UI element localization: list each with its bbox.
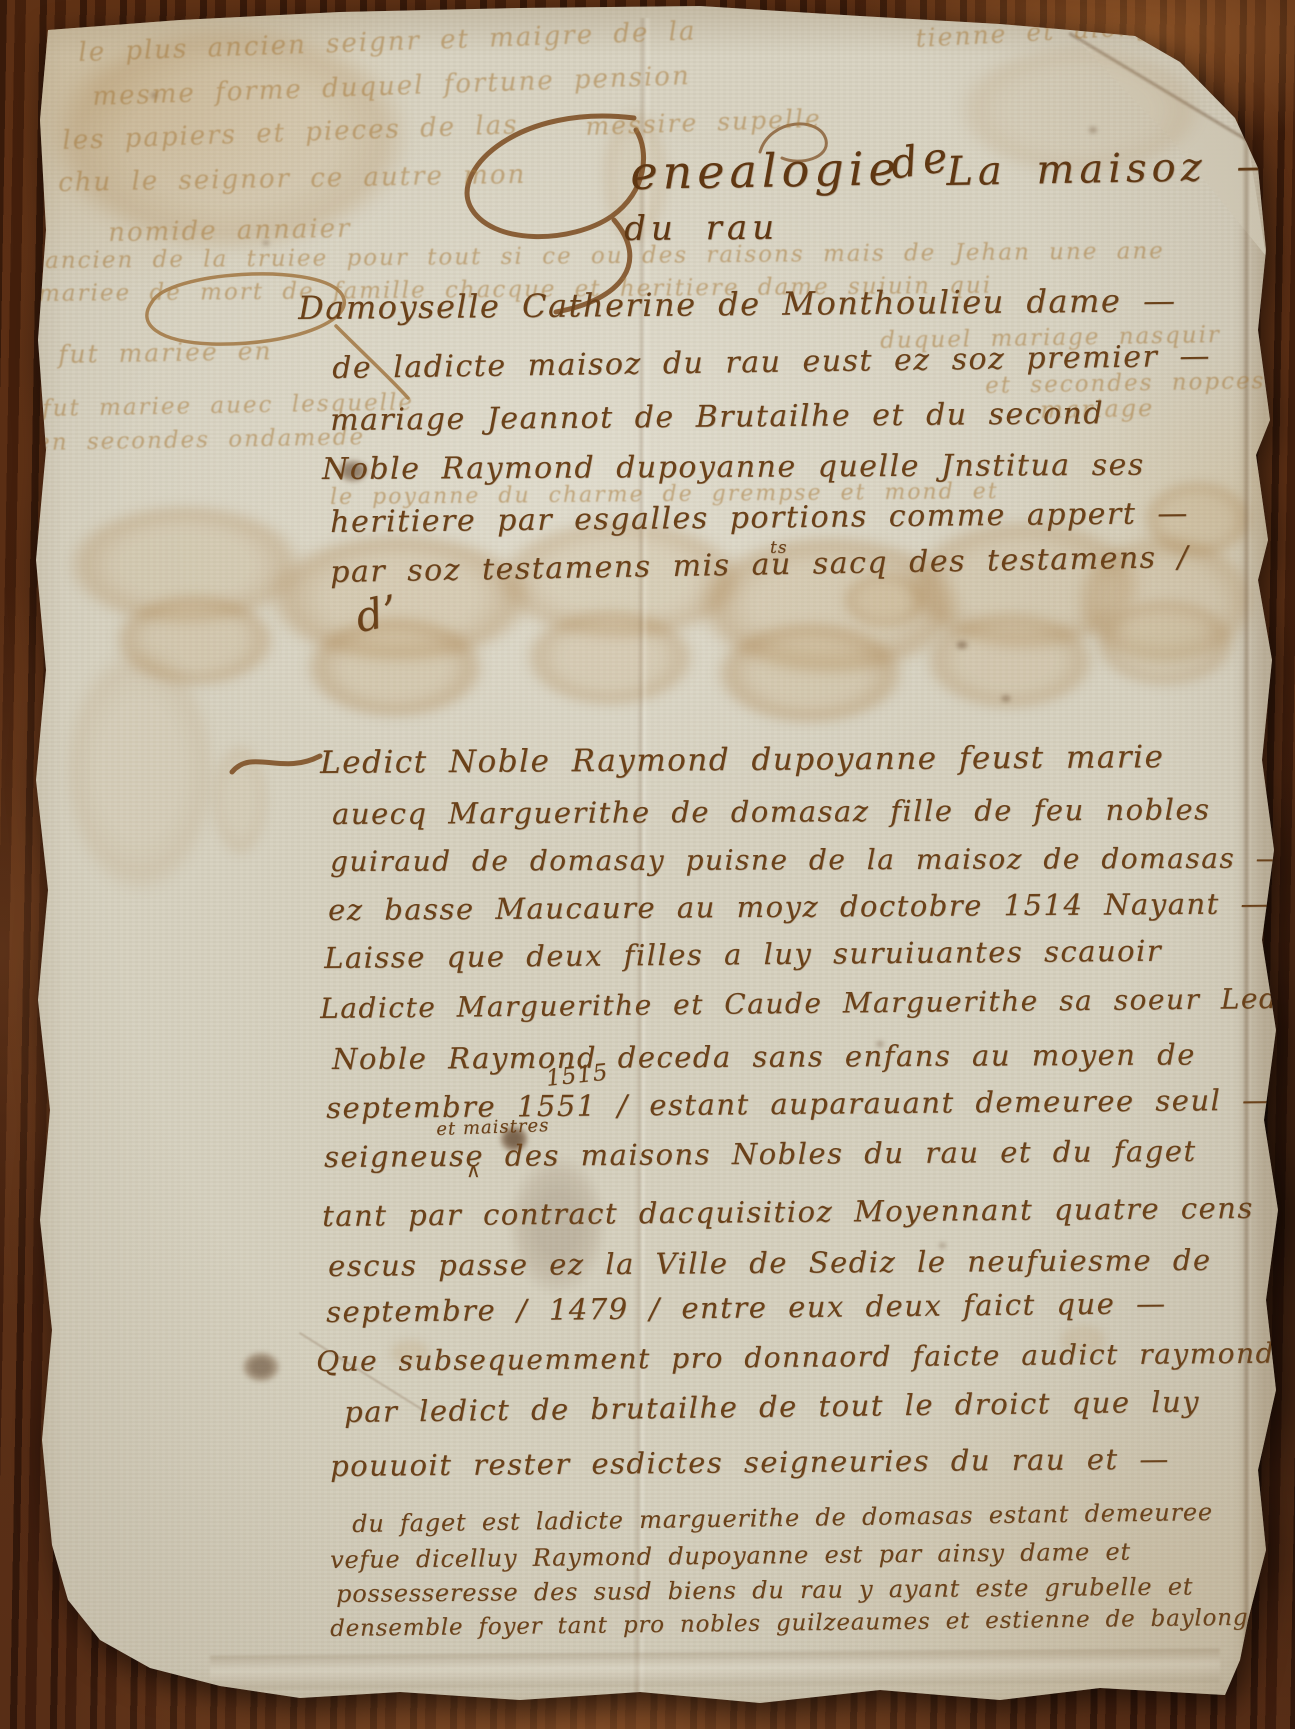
manuscript-line: tant par contract dacquisitioz Moyennant…: [322, 1194, 1254, 1231]
manuscript-line: du faget est ladicte marguerithe de doma…: [352, 1500, 1213, 1536]
manuscript-page-wrap: le plus ancien seignr et maigre de latie…: [0, 0, 1295, 1729]
manuscript-line: La maisoz —: [946, 146, 1282, 192]
ink-blot: [955, 640, 969, 650]
manuscript-line: Ladicte Marguerithe et Caude Marguerithe…: [320, 984, 1295, 1023]
manuscript-line: Noble Raymond deceda sans enfans au moye…: [332, 1040, 1196, 1074]
bottom-edge-fold: [210, 1648, 1220, 1689]
manuscript-line: ez basse Maucaure au moyz doctobre 1514 …: [328, 889, 1271, 925]
water-stain: [1090, 595, 1240, 690]
manuscript-line: Noble Raymond dupoyanne quelle Jnstitua …: [322, 451, 1145, 485]
manuscript-line: septembre / 1479 / entre eux deux faict …: [326, 1289, 1167, 1327]
ink-blot: [1000, 694, 1012, 703]
manuscript-line: escus passe ez la Ville de Sediz le neuf…: [328, 1246, 1212, 1281]
manuscript-line: de: [888, 135, 955, 185]
water-stain: [710, 618, 910, 728]
interlinear-annotation: 1515: [545, 1061, 610, 1090]
manuscript-line: enealogie: [630, 145, 901, 196]
ink-blot: [1088, 126, 1098, 134]
water-stain: [520, 605, 700, 710]
interlinear-annotation: ts: [770, 540, 788, 557]
manuscript-line: densemble foyer tant pro nobles guilzeau…: [330, 1607, 1263, 1641]
ghost-bleedthrough-line: messire supelle: [585, 106, 822, 139]
manuscript-line: possesseresse des susd biens du rau y ay…: [336, 1575, 1193, 1606]
interlinear-annotation: et maistres: [436, 1117, 550, 1139]
manuscript-line: heritiere par esgalles portions comme ap…: [330, 499, 1189, 538]
manuscript-line: Ledict Noble Raymond dupoyanne feust mar…: [320, 742, 1164, 779]
manuscript-line: mariage Jeannot de Brutailhe et du secon…: [330, 399, 1104, 436]
manuscript-line: du rau: [624, 211, 779, 246]
ghost-bleedthrough-line: nomide annaier: [108, 216, 352, 246]
manuscript-line: par ledict de brutailhe de tout le droic…: [344, 1388, 1200, 1427]
manuscript-line: vefue dicelluy Raymond dupoyanne est par…: [330, 1540, 1131, 1572]
water-stain: [60, 640, 220, 900]
water-stain: [210, 740, 270, 860]
ghost-bleedthrough-line: fut mariee en: [58, 338, 273, 367]
manuscript-line: d’: [352, 589, 403, 639]
manuscript-line: Laisse que deux filles a luy suruiuantes…: [324, 937, 1162, 973]
manuscript-line: Que subsequemment pro donnaord faicte au…: [316, 1339, 1295, 1376]
manuscript-line: Damoyselle Catherine de Monthoulieu dame…: [298, 284, 1177, 324]
interlinear-annotation: ∧: [466, 1160, 482, 1180]
manuscript-photograph: le plus ancien seignr et maigre de latie…: [0, 0, 1295, 1729]
manuscript-page: le plus ancien seignr et maigre de latie…: [0, 0, 1295, 1729]
ghost-bleedthrough-line: en secondes ondamede: [36, 426, 365, 455]
ghost-bleedthrough-line: chu le seignor ce autre mon: [58, 162, 526, 196]
manuscript-line: auecq Marguerithe de domasaz fille de fe…: [332, 795, 1211, 829]
manuscript-line: seigneuse des maisons Nobles du rau et d…: [324, 1137, 1197, 1172]
manuscript-line: pouuoit rester esdictes seigneuries du r…: [330, 1445, 1170, 1481]
manuscript-line: guiraud de domasay puisne de la maisoz d…: [330, 845, 1285, 876]
ink-blot: [240, 1350, 282, 1384]
